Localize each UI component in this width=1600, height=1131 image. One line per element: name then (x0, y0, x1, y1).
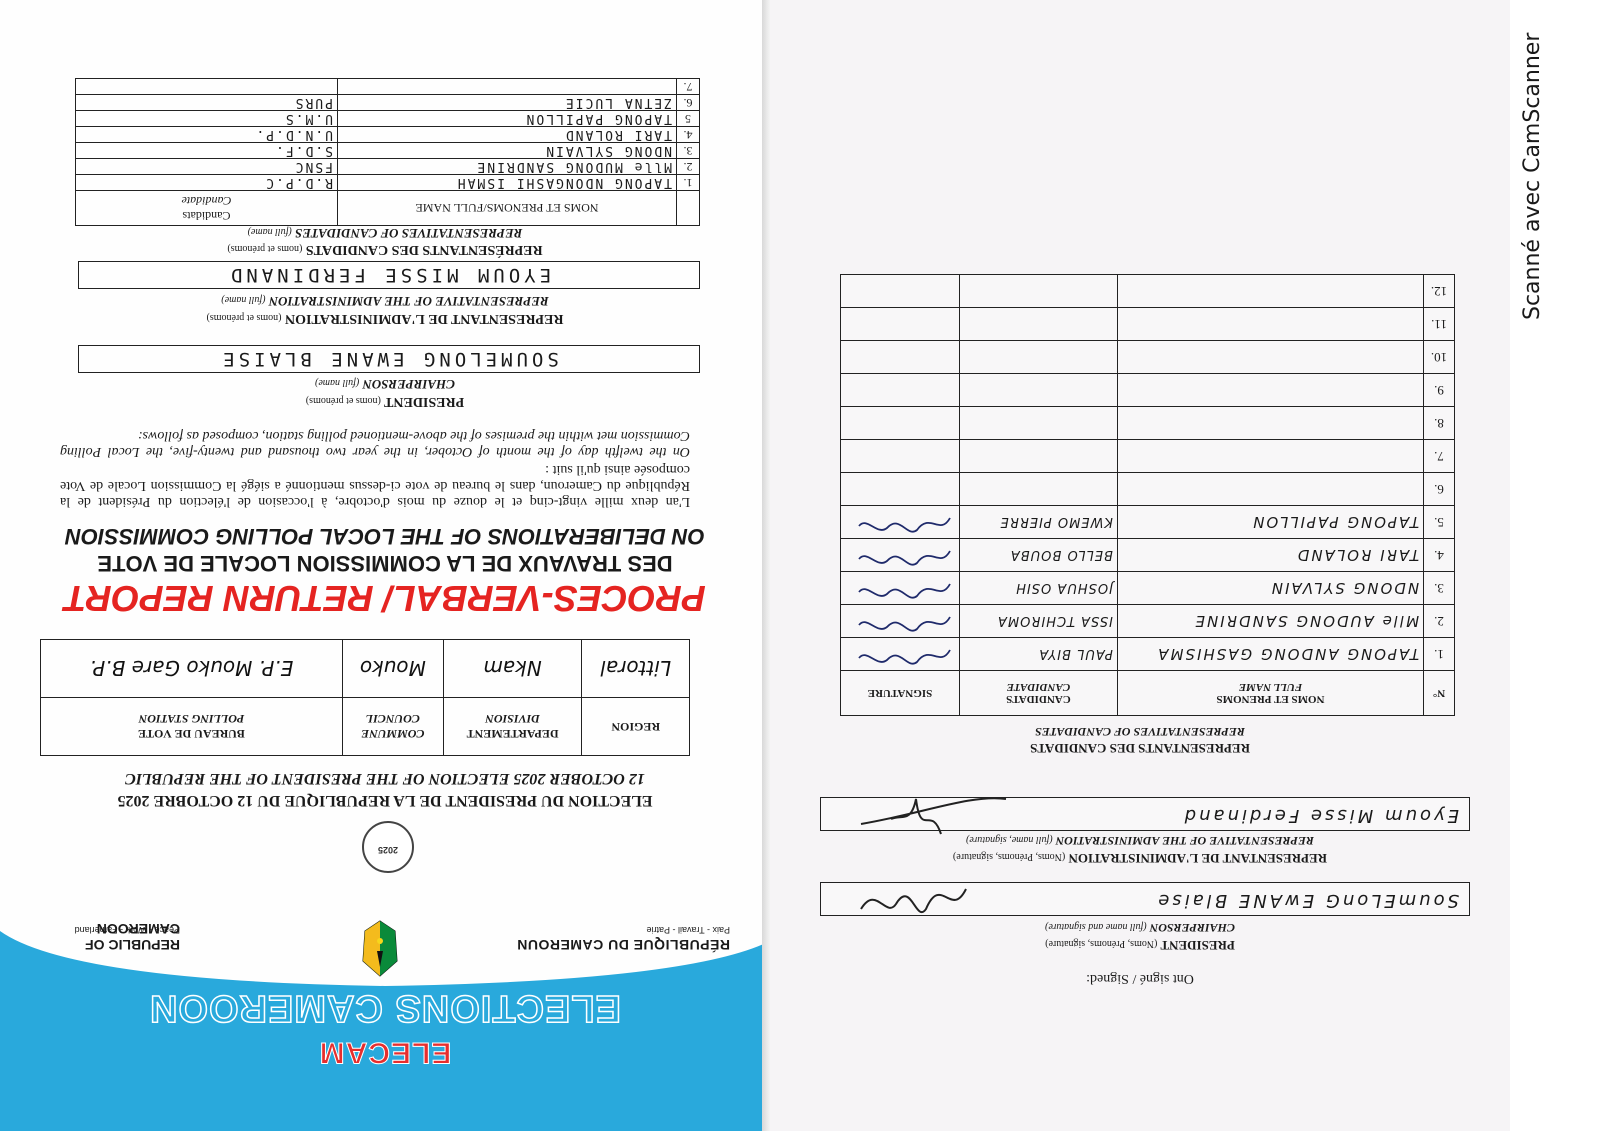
rep-candidate: U.M.S (76, 111, 338, 127)
row-number: 3. (1424, 572, 1455, 605)
page-fold (762, 0, 770, 1131)
rep-name (1117, 440, 1423, 473)
candidate-reps-label: REPRÉSENTANTS DES CANDIDATS (noms et pré… (0, 241, 770, 257)
rep-name: Mlle MUDONG SANDRINE (338, 159, 677, 175)
org-title: ELECTIONS CAMEROON (0, 986, 770, 1029)
rep-name (1117, 374, 1423, 407)
table-row: 1.TAPONG ANDONG GASHISMAPAUL BIYA (841, 638, 1455, 671)
rep-signature (841, 539, 960, 572)
table-row: 7. (76, 79, 700, 95)
president-name-field: SOUMELONG EWANE BLAISE (78, 345, 700, 373)
rep-candidate (76, 79, 338, 95)
table-row: 6. (841, 473, 1455, 506)
candidate-reps-label-en: REPRESENTATIVES OF CANDIDATES (full name… (0, 225, 770, 241)
signature-icon (855, 642, 955, 670)
signature-icon (855, 543, 955, 571)
election-title-en: 12 OCTOBER 2025 ELECTION OF THE PRESIDEN… (0, 769, 770, 787)
rep-candidate: R.D.P.C (76, 175, 338, 191)
rep-candidate: JOSHUA OSIH (959, 572, 1117, 605)
header-department: DEPARTEMENTDIVISION (443, 698, 582, 756)
rep-name: NDONG SYLVAIN (1117, 572, 1423, 605)
row-number: 9. (1424, 374, 1455, 407)
rep-signature (841, 473, 960, 506)
row-number: 6. (677, 95, 700, 111)
location-table: REGION DEPARTEMENTDIVISION COMMUNECOUNCI… (40, 639, 690, 756)
rep-name: Mlle AUDONG SANDRINE (1117, 605, 1423, 638)
rep-name (1117, 275, 1423, 308)
election-title-fr: ELECTION DU PRESIDENT DE LA REPUBLIQUE D… (0, 791, 770, 809)
row-number: 2. (1424, 605, 1455, 638)
row-number: 1. (677, 175, 700, 191)
rep-signature (841, 407, 960, 440)
row-number: 3. (677, 143, 700, 159)
header-polling-station: BUREAU DE VOTEPOLLING STATION (41, 698, 343, 756)
table-row: 12. (841, 275, 1455, 308)
president-label: PRESIDENT (noms et prénoms) (0, 393, 770, 409)
table-row: 1.TAPONG NDONGASHI ISMAHR.D.P.C (76, 175, 700, 191)
header-commune: COMMUNECOUNCIL (342, 698, 443, 756)
signed-label: Ont signé / Signed: (770, 970, 1510, 986)
rep-name (1117, 341, 1423, 374)
polling-station-value: E.P. Mouko Gare B.P. (41, 640, 343, 698)
rep-candidate (959, 275, 1117, 308)
table-row: 3.NDONG SYLVAINS.D.F. (76, 143, 700, 159)
rep-candidate: FSNC (76, 159, 338, 175)
president-label: PRESIDENT (Noms, Prénoms, signature) (770, 937, 1510, 953)
col-signature: SIGNATURE (841, 671, 960, 716)
table-row: 2.Mlle MUDONG SANDRINEFSNC (76, 159, 700, 175)
table-row: 4.TARI ROLANDBELLO BOUBA (841, 539, 1455, 572)
department-value: Nkam (443, 640, 582, 698)
rep-candidate: U.N.D.P. (76, 127, 338, 143)
signature-icon (855, 609, 955, 637)
row-number: 5 (677, 111, 700, 127)
rep-candidate: PURS (76, 95, 338, 111)
rep-signature (841, 572, 960, 605)
rep-candidate (959, 341, 1117, 374)
intro-paragraph-fr: L'an deux mille vingt-cinq et le douze d… (60, 461, 690, 509)
rep-candidate: PAUL BIYA (959, 638, 1117, 671)
admin-rep-signature-field: Eyoum Misse Ferdinand (820, 797, 1470, 831)
coat-of-arms-icon (355, 911, 405, 981)
row-number: 8. (1424, 407, 1455, 440)
table-row: 2.Mlle AUDONG SANDRINEISSA TCHIROMA (841, 605, 1455, 638)
right-page-signatures: Ont signé / Signed: PRESIDENT (Noms, Pré… (770, 0, 1510, 1131)
table-row: 9. (841, 374, 1455, 407)
table-row: 3.NDONG SYLVAINJOSHUA OSIH (841, 572, 1455, 605)
rep-name (338, 79, 677, 95)
report-subtitle-en: ON DELIBERATIONS OF THE LOCAL POLLING CO… (0, 523, 770, 549)
row-number: 11. (1424, 308, 1455, 341)
chairperson-label: CHAIRPERSON (full name) (0, 376, 770, 392)
row-number: 6. (1424, 473, 1455, 506)
table-row: 6.ZETNA LUCIEPURS (76, 95, 700, 111)
rep-signature (841, 638, 960, 671)
row-number: 12. (1424, 275, 1455, 308)
col-full-name: NOMS ET PRENOMSFULL NAME (1117, 671, 1423, 716)
row-number: 4. (1424, 539, 1455, 572)
admin-rep-name-field: EYOUM MISSE FERDINAND (78, 261, 700, 289)
signature-icon (851, 869, 971, 929)
col-candidate: CandidatsCandidate (76, 191, 338, 226)
table-row: 4.TARI ROLANDU.N.D.P. (76, 127, 700, 143)
rep-name: TAPONG PAPILLON (338, 111, 677, 127)
election-seal-icon: 2025 (362, 821, 414, 873)
president-signature-field: SoumELonG EwANE Blaise (820, 882, 1470, 916)
rep-candidate (959, 407, 1117, 440)
rep-signature (841, 440, 960, 473)
rep-candidate: BELLO BOUBA (959, 539, 1117, 572)
report-subtitle-fr: DES TRAVAUX DE LA COMMISSION LOCALE DE V… (0, 550, 770, 576)
table-row: 5.TAPONG PAPILLONKWEMO PIERRE (841, 506, 1455, 539)
col-full-name: NOMS ET PRENOMS/FULL NAME (338, 191, 677, 226)
commune-value: Mouko (342, 640, 443, 698)
camscanner-watermark: Scanné avec CamScanner (1520, 20, 1560, 320)
motto-en: Peace - Work - Fatherland (75, 925, 180, 935)
rep-signature (841, 605, 960, 638)
rep-candidate (959, 308, 1117, 341)
col-number: N° (1424, 671, 1455, 716)
row-number: 7. (677, 79, 700, 95)
intro-paragraph-en: On the twelfth day of the month of Octob… (60, 427, 690, 459)
rep-name: TAPONG ANDONG GASHISMA (1117, 638, 1423, 671)
candidate-reps-label-en: REPRESENTATIVES OF CANDIDATES (770, 724, 1510, 739)
signature-icon (855, 576, 955, 604)
rep-candidate (959, 374, 1117, 407)
left-page-form: ELECAM ELECTIONS CAMEROON RÉPUBLIQUE DU … (0, 0, 770, 1131)
table-row: 8. (841, 407, 1455, 440)
rep-name (1117, 473, 1423, 506)
row-number: 4. (677, 127, 700, 143)
table-row: 10. (841, 341, 1455, 374)
org-acronym: ELECAM (0, 1035, 770, 1069)
rep-candidate: S.D.F. (76, 143, 338, 159)
row-number: 5. (1424, 506, 1455, 539)
admin-rep-label-en: REPRESENTATIVE OF THE ADMINISTRATION (fu… (0, 293, 770, 309)
rep-signature (841, 374, 960, 407)
candidate-signatures-table: N° NOMS ET PRENOMSFULL NAME CANDIDATSCAN… (840, 274, 1455, 716)
table-row: 5TAPONG PAPILLONU.M.S (76, 111, 700, 127)
rep-candidate: KWEMO PIERRE (959, 506, 1117, 539)
rep-candidate (959, 440, 1117, 473)
motto-fr: Paix - Travail - Patrie (646, 925, 730, 935)
rep-name: TAPONG PAPILLON (1117, 506, 1423, 539)
rep-candidate: ISSA TCHIROMA (959, 605, 1117, 638)
report-title: PROCES-VERBAL/ RETURN REPORT (0, 577, 770, 619)
table-row: 11. (841, 308, 1455, 341)
admin-rep-label: REPRESENTANT DE L'ADMINISTRATION (noms e… (0, 310, 770, 326)
signature-icon (855, 510, 955, 538)
col-candidate: CANDIDATSCANDIDATE (959, 671, 1117, 716)
rep-name: ZETNA LUCIE (338, 95, 677, 111)
rep-signature (841, 506, 960, 539)
rep-name: TARI ROLAND (338, 127, 677, 143)
elecam-banner: ELECAM ELECTIONS CAMEROON RÉPUBLIQUE DU … (0, 891, 770, 1131)
rep-name (1117, 407, 1423, 440)
rep-signature (841, 341, 960, 374)
admin-rep-label: REPRESENTANT DE L'ADMINISTRATION (Noms, … (770, 850, 1510, 866)
candidate-reps-table: NOMS ET PRENOMS/FULL NAME CandidatsCandi… (75, 78, 700, 226)
rep-signature (841, 275, 960, 308)
rep-signature (841, 308, 960, 341)
rep-name (1117, 308, 1423, 341)
row-number: 1. (1424, 638, 1455, 671)
candidate-reps-label: REPRESENTANTS DES CANDIDATS (770, 740, 1510, 756)
row-number: 10. (1424, 341, 1455, 374)
rep-name: TARI ROLAND (1117, 539, 1423, 572)
table-row: 7. (841, 440, 1455, 473)
republic-fr-label: RÉPUBLIQUE DU CAMEROUN (517, 937, 730, 953)
row-number: 2. (677, 159, 700, 175)
signature-icon (851, 784, 1011, 844)
rep-name: NDONG SYLVAIN (338, 143, 677, 159)
row-number: 7. (1424, 440, 1455, 473)
rep-candidate (959, 473, 1117, 506)
header-region: REGION (582, 698, 690, 756)
region-value: Littoral (582, 640, 690, 698)
rep-name: TAPONG NDONGASHI ISMAH (338, 175, 677, 191)
